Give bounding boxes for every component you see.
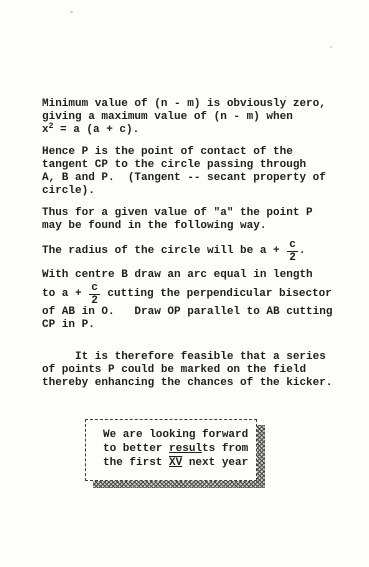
fraction-c-over-2: c2 <box>287 240 298 263</box>
text-line: Minimum value of (n - m) is obviously ze… <box>42 98 339 111</box>
note-text-segment: XV <box>169 457 182 469</box>
text-line: It is therefore feasible that a series <box>42 351 339 364</box>
equation-base: x <box>42 124 49 136</box>
fraction-numerator: c <box>89 283 100 295</box>
note-callout: We are looking forward to better results… <box>85 419 257 481</box>
text-line: Thus for a given value of "a" the point … <box>42 207 339 220</box>
equation-rest: = a (a + c). <box>53 124 139 136</box>
paragraph-thus-for: Thus for a given value of "a" the point … <box>42 207 339 233</box>
fraction-suffix: . <box>299 239 306 263</box>
text-line: CP in P. <box>42 319 339 332</box>
note-text-segment: the first <box>103 457 169 469</box>
note-text-segment: resul <box>169 443 202 455</box>
fraction-prefix: The radius of the circle will be a + <box>42 239 286 263</box>
paragraph-feasible: It is therefore feasible that a series o… <box>42 351 339 390</box>
fraction-numerator: c <box>287 240 298 252</box>
text-line: With centre B draw an arc equal in lengt… <box>42 269 339 282</box>
paragraph-radius: The radius of the circle will be a + c2. <box>42 239 339 263</box>
text-line: of points P could be marked on the field <box>42 364 339 377</box>
text-line: thereby enhancing the chances of the kic… <box>42 377 339 390</box>
paragraph-minimum-value: Minimum value of (n - m) is obviously ze… <box>42 98 339 137</box>
fraction-prefix: to a + <box>42 282 88 306</box>
fraction-denominator: 2 <box>89 295 100 306</box>
text-line: tangent CP to the circle passing through <box>42 159 339 172</box>
fraction-line: The radius of the circle will be a + c2. <box>42 239 339 263</box>
text-line: circle). <box>42 185 339 198</box>
note-line: We are looking forward <box>103 428 256 442</box>
paper-speck <box>70 11 73 13</box>
text-line: giving a maximum value of (n - m) when <box>42 111 339 124</box>
text-line: A, B and P. (Tangent -- secant property … <box>42 172 339 185</box>
equation-line: x2 = a (a + c). <box>42 124 339 137</box>
note-text-segment: next year <box>182 457 248 469</box>
note-text-segment: to better <box>103 443 169 455</box>
fraction-denominator: 2 <box>287 252 298 263</box>
text-line: may be found in the following way. <box>42 220 339 233</box>
note-box: We are looking forward to better results… <box>85 419 257 481</box>
document-page: Minimum value of (n - m) is obviously ze… <box>0 0 369 567</box>
fraction-c-over-2: c2 <box>89 283 100 306</box>
paper-speck <box>330 46 332 48</box>
fraction-line: to a + c2 cutting the perpendicular bise… <box>42 282 339 306</box>
paper-speck <box>285 96 287 98</box>
paragraph-with-centre: With centre B draw an arc equal in lengt… <box>42 269 339 332</box>
note-text-segment: ts from <box>202 443 248 455</box>
text-line: Hence P is the point of contact of the <box>42 146 339 159</box>
note-line: the first XV next year <box>103 456 256 470</box>
text-line: of AB in O. Draw OP parallel to AB cutti… <box>42 306 339 319</box>
paragraph-hence-p: Hence P is the point of contact of the t… <box>42 146 339 198</box>
fraction-suffix: cutting the perpendicular bisector <box>101 282 332 306</box>
note-line: to better results from <box>103 442 256 456</box>
